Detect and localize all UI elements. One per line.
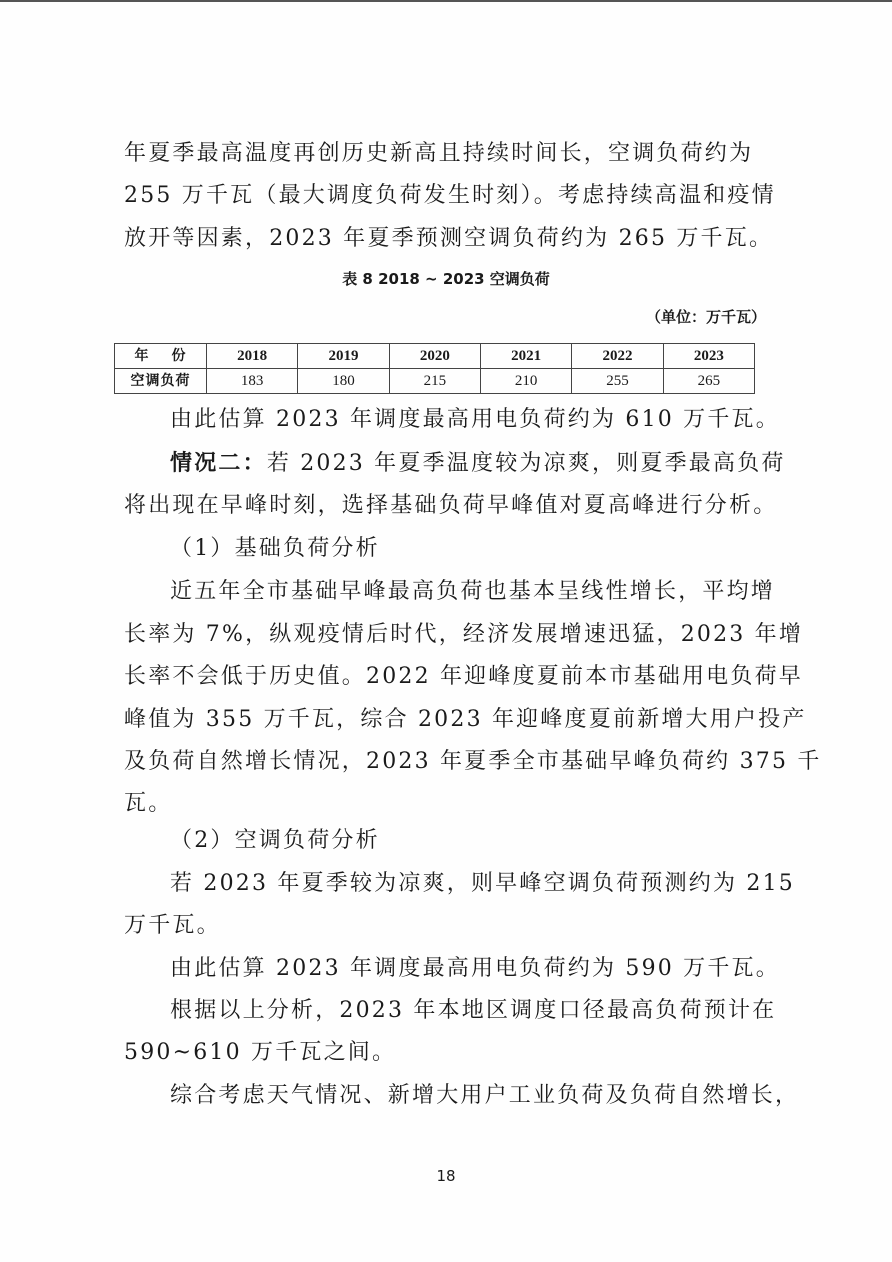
value-cell: 255 <box>572 369 663 394</box>
value-cell: 180 <box>298 369 389 394</box>
paragraph-line: 长率为 7%，纵观疫情后时代，经济发展增速迅猛，2023 年增 <box>124 620 774 650</box>
paragraph-line: 若 2023 年夏季较为凉爽，则早峰空调负荷预测约为 215 <box>170 869 820 899</box>
value-cell: 265 <box>663 369 754 394</box>
ac-load-table: 年份 2018 2019 2020 2021 2022 2023 空调负荷 18… <box>114 343 755 394</box>
paragraph-line: 近五年全市基础早峰最高负荷也基本呈线性增长，平均增 <box>170 577 820 607</box>
paragraph-line: 根据以上分析，2023 年本地区调度口径最高负荷预计在 <box>170 996 820 1026</box>
paragraph-line: 瓦。 <box>124 789 774 819</box>
header-cell: 2021 <box>480 344 571 369</box>
table-header-row: 年份 2018 2019 2020 2021 2022 2023 <box>115 344 755 369</box>
header-cell: 2020 <box>389 344 480 369</box>
header-cell: 2018 <box>207 344 298 369</box>
paragraph-line: 年夏季最高温度再创历史新高且持续时间长，空调负荷约为 <box>124 139 774 169</box>
paragraph-line: 放开等因素，2023 年夏季预测空调负荷约为 265 万千瓦。 <box>124 224 774 254</box>
table-row: 空调负荷 183 180 215 210 255 265 <box>115 369 755 394</box>
paragraph-line: 590~610 万千瓦之间。 <box>124 1038 774 1068</box>
header-label-part: 份 <box>172 348 187 364</box>
table-caption: 表 8 2018 ~ 2023 空调负荷 <box>0 268 892 290</box>
value-cell: 210 <box>480 369 571 394</box>
paragraph-line: 万千瓦。 <box>124 911 774 941</box>
paragraph-line: 及负荷自然增长情况，2023 年夏季全市基础早峰负荷约 375 千 <box>124 747 774 777</box>
header-cell: 2022 <box>572 344 663 369</box>
header-label-part: 年 <box>135 348 150 364</box>
paragraph-line: 255 万千瓦（最大调度负荷发生时刻）。考虑持续高温和疫情 <box>124 181 774 211</box>
section-1-heading: （1）基础负荷分析 <box>170 534 820 564</box>
table-unit: （单位：万千瓦） <box>646 306 766 328</box>
value-cell: 215 <box>389 369 480 394</box>
case2-text: 若 2023 年夏季温度较为凉爽，则夏季最高负荷 <box>267 451 786 476</box>
page-top-border <box>0 0 892 2</box>
header-cell: 2023 <box>663 344 754 369</box>
paragraph-line: 将出现在早峰时刻，选择基础负荷早峰值对夏高峰进行分析。 <box>124 491 774 521</box>
case2-line: 情况二：若 2023 年夏季温度较为凉爽，则夏季最高负荷 <box>170 448 820 479</box>
value-cell: 183 <box>207 369 298 394</box>
row-label-cell: 空调负荷 <box>115 369 207 394</box>
header-cell-year-label: 年份 <box>115 344 207 369</box>
header-cell: 2019 <box>298 344 389 369</box>
page-number: 18 <box>0 1167 892 1185</box>
estimate-590-line: 由此估算 2023 年调度最高用电负荷约为 590 万千瓦。 <box>170 954 820 984</box>
estimate-610-line: 由此估算 2023 年调度最高用电负荷约为 610 万千瓦。 <box>170 405 820 435</box>
paragraph-line: 峰值为 355 万千瓦，综合 2023 年迎峰度夏前新增大用户投产 <box>124 705 774 735</box>
paragraph-line: 综合考虑天气情况、新增大用户工业负荷及负荷自然增长， <box>170 1081 820 1111</box>
case2-label: 情况二： <box>170 450 267 476</box>
section-2-heading: （2）空调负荷分析 <box>170 826 820 856</box>
paragraph-line: 长率不会低于历史值。2022 年迎峰度夏前本市基础用电负荷早 <box>124 662 774 692</box>
